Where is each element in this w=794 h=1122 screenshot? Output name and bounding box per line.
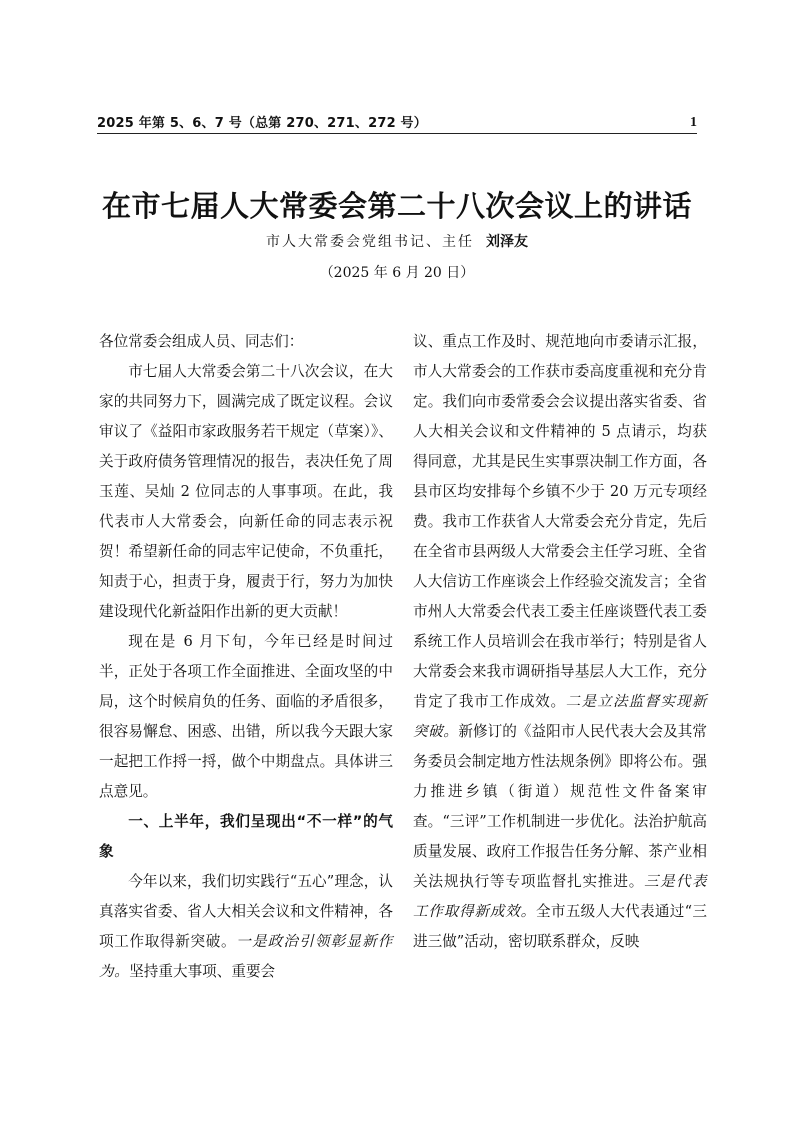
paragraph-text: 新修订的《益阳市人民代表大会及其常务委员会制定地方性法规条例》即将公布。强力推进… xyxy=(413,723,707,890)
byline: 市人大常委会党组书记、主任刘泽友 xyxy=(0,231,794,251)
speech-date: （2025 年 6 月 20 日） xyxy=(0,262,794,282)
paragraph: 今年以来，我们切实践行“五心”理念，认真落实省委、省人大相关会议和文件精神，各项… xyxy=(99,867,393,987)
paragraph: 市七届人大常委会第二十八次会议，在大家的共同努力下，圆满完成了既定议程。会议审议… xyxy=(99,357,393,627)
paragraph: 现在是 6 月下旬，今年已经是时间过半，正处于各项工作全面推进、全面攻坚的中局，… xyxy=(99,627,393,807)
paragraph-text: 坚持重大事项、重要会 xyxy=(129,963,275,980)
section-heading: 一、上半年，我们呈现出“不一样”的气象 xyxy=(99,807,393,867)
page-number: 1 xyxy=(690,115,697,133)
author-role: 市人大常委会党组书记、主任 xyxy=(266,234,474,250)
paragraph-text: 议、重点工作及时、规范地向市委请示汇报，市人大常委会的工作获市委高度重视和充分肯… xyxy=(413,333,707,710)
running-header: 2025 年第 5、6、7 号（总第 270、271、272 号） 1 xyxy=(97,113,697,134)
author-name: 刘泽友 xyxy=(486,234,528,250)
article-title: 在市七届人大常委会第二十八次会议上的讲话 xyxy=(0,184,794,225)
salutation: 各位常委会组成人员、同志们： xyxy=(99,327,393,357)
paragraph: 议、重点工作及时、规范地向市委请示汇报，市人大常委会的工作获市委高度重视和充分肯… xyxy=(413,327,707,957)
right-column: 议、重点工作及时、规范地向市委请示汇报，市人大常委会的工作获市委高度重视和充分肯… xyxy=(413,327,707,957)
issue-number: 2025 年第 5、6、7 号（总第 270、271、272 号） xyxy=(97,112,427,133)
left-column: 各位常委会组成人员、同志们： 市七届人大常委会第二十八次会议，在大家的共同努力下… xyxy=(99,327,393,987)
